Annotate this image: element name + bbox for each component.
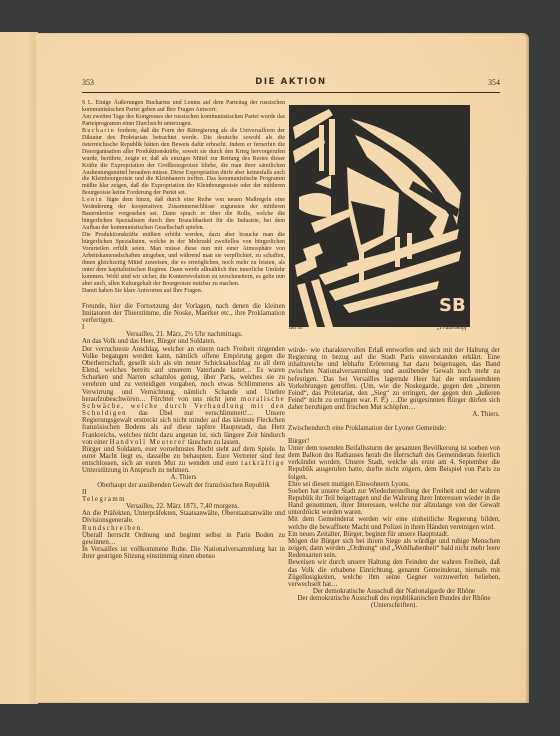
telegram-continuation: würde- wie charaktervollen Erlaß entworf… <box>288 347 500 411</box>
lyon-paragraph: Ehre sei diesen mutigen Einwohnern Lyons… <box>288 481 500 488</box>
running-header: 353 DIE AKTION 354 <box>82 78 500 93</box>
masthead-title: DIE AKTION <box>82 77 500 87</box>
lyon-paragraph: Beweisen wir durch unsere Haltung den Fe… <box>288 559 500 588</box>
section-numeral: II <box>82 489 285 496</box>
freunde-paragraph: Freunde, hier die Fortsetzung der Vorlag… <box>82 303 285 324</box>
spaced-name: Lenin <box>82 197 103 203</box>
lyon-paragraph: Ein neues Zeitalter, Bürger, beginnt für… <box>288 531 500 538</box>
woodcut-illustration: SB <box>289 105 470 327</box>
lyon-signatory: Der demokratische Ausschuß der Nationalg… <box>288 588 500 595</box>
dateline: Versailles, 22. März 1871, 7,40 morgens. <box>82 503 285 510</box>
telegram-body: Überall herrscht Ordnung und beginnt sel… <box>82 532 285 546</box>
telegram-body: In Versailles ist vollkommene Ruhe. Die … <box>82 546 285 560</box>
page-number-right: 354 <box>488 78 500 87</box>
lyon-paragraph: Mit dem Gemeinderat werden wir eine einh… <box>288 516 500 530</box>
lyon-paragraph: Unter dem tosenden Beifallssturm der ges… <box>288 445 500 481</box>
lyon-paragraph: Soeben hat unsere Stadt zur Wiederherste… <box>288 488 500 517</box>
signature-name: A. Thiers. <box>288 411 500 418</box>
reply-closing: Damit haben Sie klare Antworten auf Ihre… <box>82 288 285 295</box>
right-column: würde- wie charaktervollen Erlaß entworf… <box>288 347 500 609</box>
signature-title: Oberhaupt der ausübenden Gewalt der fran… <box>82 482 285 489</box>
spacer <box>82 295 285 303</box>
address-line: An die Präfekten, Unterpräfekten, Staats… <box>82 510 285 524</box>
lyon-paragraph: Mögen die Bürger sich bei ihrem Siege al… <box>288 538 500 559</box>
reply-paragraph: Am zweiten Tage des Kongresses der russi… <box>82 114 285 128</box>
left-column: S L. Einige Äußerungen Bucharins und Len… <box>82 100 285 560</box>
address-line: An das Volk und das Heer, Bürger und Sol… <box>82 338 285 345</box>
section-subheading: Rundschreiben. <box>82 525 285 532</box>
reply-paragraph: Bucharin forderte, daß die Form der Rätr… <box>82 128 285 198</box>
dateline: Versailles, 21. März, 2½ Uhr nachmittags… <box>82 331 285 338</box>
proclamations-section: Freunde, hier die Fortsetzung der Vorlag… <box>82 303 285 561</box>
reply-intro: S L. Einige Äußerungen Bucharins und Len… <box>82 100 285 114</box>
monogram: SB <box>439 295 466 316</box>
lyon-salutation: Bürger! <box>288 438 500 445</box>
caption-title: „Frauenkopf“ <box>437 325 471 331</box>
facing-page-edge <box>0 32 38 704</box>
caption-artist: Berlst <box>289 325 303 331</box>
lyon-intro: Zwischendurch eine Proklamation der Lyon… <box>288 425 500 432</box>
signature-name: A. Thiers <box>82 474 285 481</box>
reply-paragraph: Die Produktionskräfte müßten erhöht werd… <box>82 232 285 288</box>
section-numeral: I <box>82 324 285 331</box>
reply-section: S L. Einige Äußerungen Bucharins und Len… <box>82 100 285 295</box>
spaced-name: Bucharin <box>82 128 115 134</box>
woodcut-frauenkopf-icon: SB <box>289 105 470 327</box>
lyon-signatures-note: (Unterschriften). <box>288 602 500 609</box>
lyon-signatory: Der demokratische Ausschuß des republika… <box>288 595 500 602</box>
proclamation-body: Der verruchteste Anschlag, welcher an ei… <box>82 346 285 446</box>
proclamation-body: Bürger und Soldaten, euer vornehmstes Re… <box>82 446 285 475</box>
reply-paragraph: Lenin fügte dem hinzu, daß durch eine Re… <box>82 197 285 232</box>
section-heading: Telegramm <box>82 496 285 503</box>
